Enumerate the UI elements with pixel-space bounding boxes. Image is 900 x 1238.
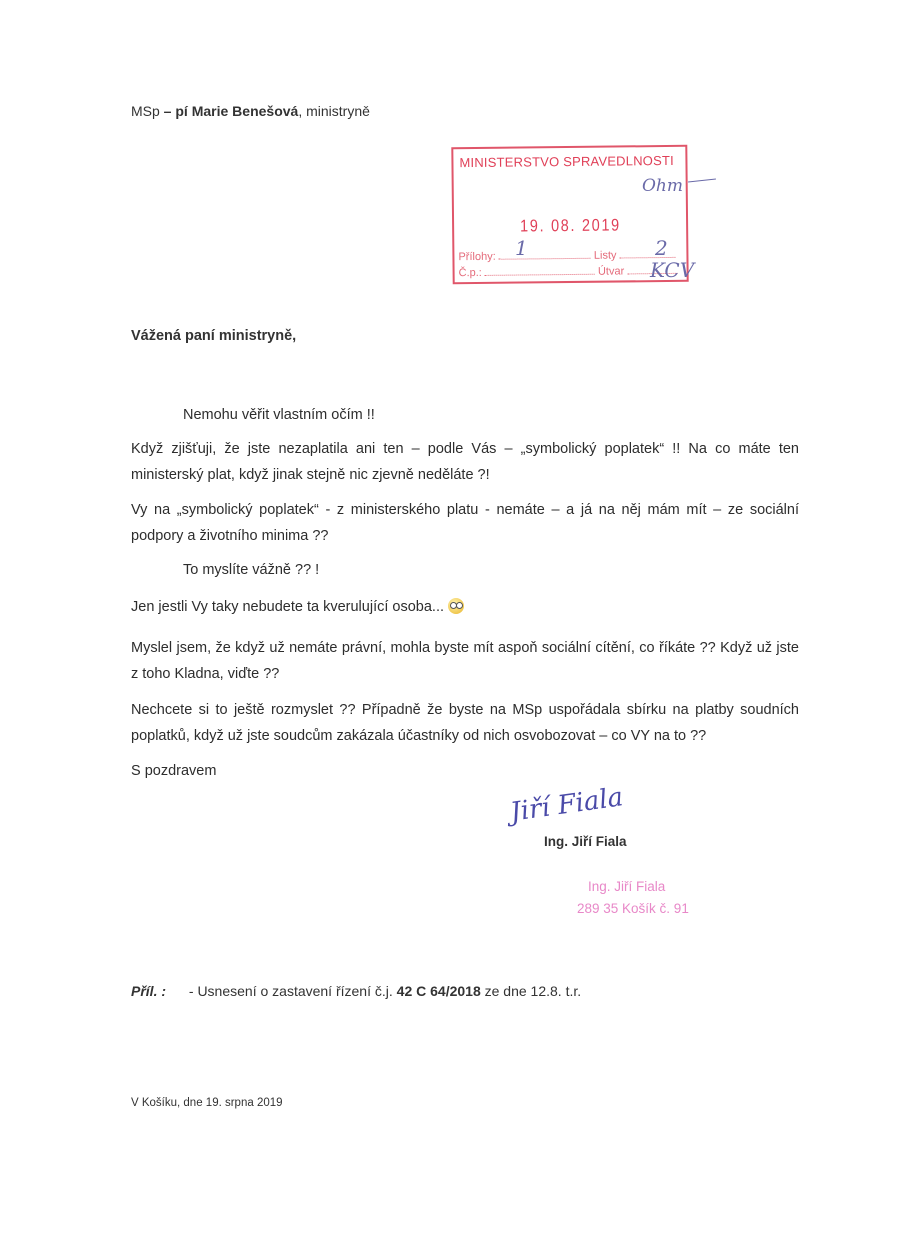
attachment-text: - Usnesení o zastavení řízení č.j. (189, 983, 397, 999)
stamp-handwritten-note: Ohm (642, 176, 683, 196)
paragraph-7: Nechcete si to ještě rozmyslet ?? Případ… (131, 697, 799, 749)
recipient-org: MSp (131, 103, 160, 119)
stamp-row-cp: Č.p.: Útvar (459, 263, 678, 279)
attachment-label: Příl. : (131, 983, 185, 999)
recipient-name: pí Marie Benešová (175, 103, 298, 119)
place-and-date: V Košíku, dne 19. srpna 2019 (131, 1097, 283, 1109)
signature-stamp-name: Ing. Jiří Fiala (588, 879, 665, 894)
stamp-prilohy-value: 1 (515, 236, 528, 260)
confused-face-emoji-icon (448, 598, 464, 614)
handwritten-stroke (688, 179, 716, 183)
recipient-title: , ministryně (298, 103, 370, 119)
stamp-prilohy-label: Přílohy: (458, 251, 495, 263)
recipient-dash: – (160, 103, 176, 119)
stamp-cp-label: Č.p.: (459, 267, 482, 279)
stamp-date: 19. 08. 2019 (520, 215, 621, 236)
stamp-title: MINISTERSTVO SPRAVEDLNOSTI (459, 153, 674, 170)
paragraph-1: Nemohu věřit vlastním očím !! (183, 402, 375, 428)
stamp-listy-value: 2 (655, 236, 668, 260)
attachment-case-number: 42 C 64/2018 (397, 983, 481, 999)
paragraph-3: Vy na „symbolický poplatek“ - z minister… (131, 497, 799, 549)
paragraph-5: Jen jestli Vy taky nebudete ta kverulují… (131, 594, 799, 620)
stamp-utvar-label: Útvar (598, 265, 624, 277)
greeting: Vážená paní ministryně, (131, 328, 296, 344)
closing: S pozdravem (131, 758, 216, 784)
stamp-utvar-value: KCV (650, 258, 694, 282)
attachment-line: Příl. : - Usnesení o zastavení řízení č.… (131, 983, 581, 999)
paragraph-5-text: Jen jestli Vy taky nebudete ta kverulují… (131, 599, 444, 615)
paragraph-4: To myslíte vážně ?? ! (183, 557, 319, 583)
paragraph-2: Když zjišťuji, že jste nezaplatila ani t… (131, 436, 799, 488)
signature-stamp-address: 289 35 Košík č. 91 (577, 901, 689, 916)
paragraph-6: Myslel jsem, že když už nemáte právní, m… (131, 635, 799, 687)
handwritten-signature: Jiří Fiala (508, 782, 624, 827)
stamp-row-prilohy: Přílohy: Listy (458, 247, 675, 263)
attachment-date: ze dne 12.8. t.r. (481, 983, 581, 999)
signature-name: Ing. Jiří Fiala (544, 834, 627, 849)
stamp-listy-label: Listy (594, 250, 617, 262)
recipient-line: MSp – pí Marie Benešová, ministryně (131, 103, 370, 119)
